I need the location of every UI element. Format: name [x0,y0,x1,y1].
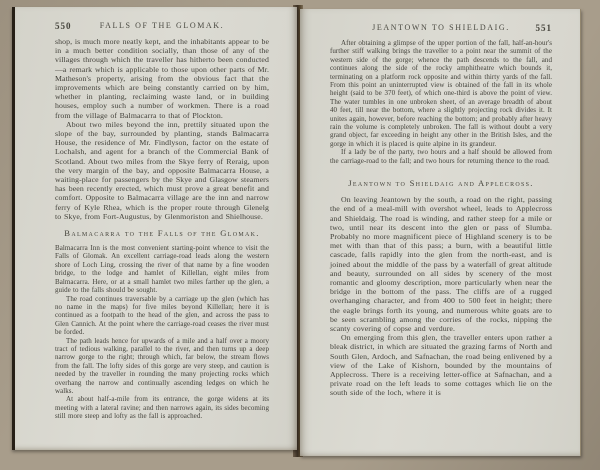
paragraph-small: The road continues traversable by a carr… [55,295,269,337]
left-page-number: 550 [55,21,72,31]
section-heading: Balmacarra to the Falls of the Glomak. [55,228,269,238]
paragraph-small: After obtaining a glimpse of the upper p… [330,39,552,148]
section-heading: Jeantown to Shieldaig and Applecross. [330,178,552,188]
paragraph-small: At about half-a-mile from its entrance, … [55,395,269,420]
right-page: JEANTOWN TO SHIELDAIG. 551 After obtaini… [300,9,581,456]
paragraph: On leaving Jeantown by the south, a road… [330,195,552,333]
book-scan: 550 FALLS OF THE GLOMAK. shop, is much m… [0,0,600,470]
paragraph-small: The path leads hence for upwards of a mi… [55,337,269,396]
paragraph: shop, is much more neatly kept, and the … [55,37,269,120]
paragraph-small: Balmacarra Inn is the most convenient st… [55,244,269,294]
left-running-title: FALLS OF THE GLOMAK. [100,21,225,30]
right-page-number: 551 [536,23,553,33]
left-running-head: 550 FALLS OF THE GLOMAK. [55,21,269,31]
paragraph-small: If a lady be of the party, two hours and… [330,148,552,165]
right-running-title: JEANTOWN TO SHIELDAIG. [372,23,510,32]
paragraph: On emerging from this glen, the travelle… [330,333,552,397]
paragraph: About two miles beyond the inn, prettily… [55,120,269,221]
right-running-head: JEANTOWN TO SHIELDAIG. 551 [330,23,552,33]
left-page: 550 FALLS OF THE GLOMAK. shop, is much m… [12,7,297,450]
